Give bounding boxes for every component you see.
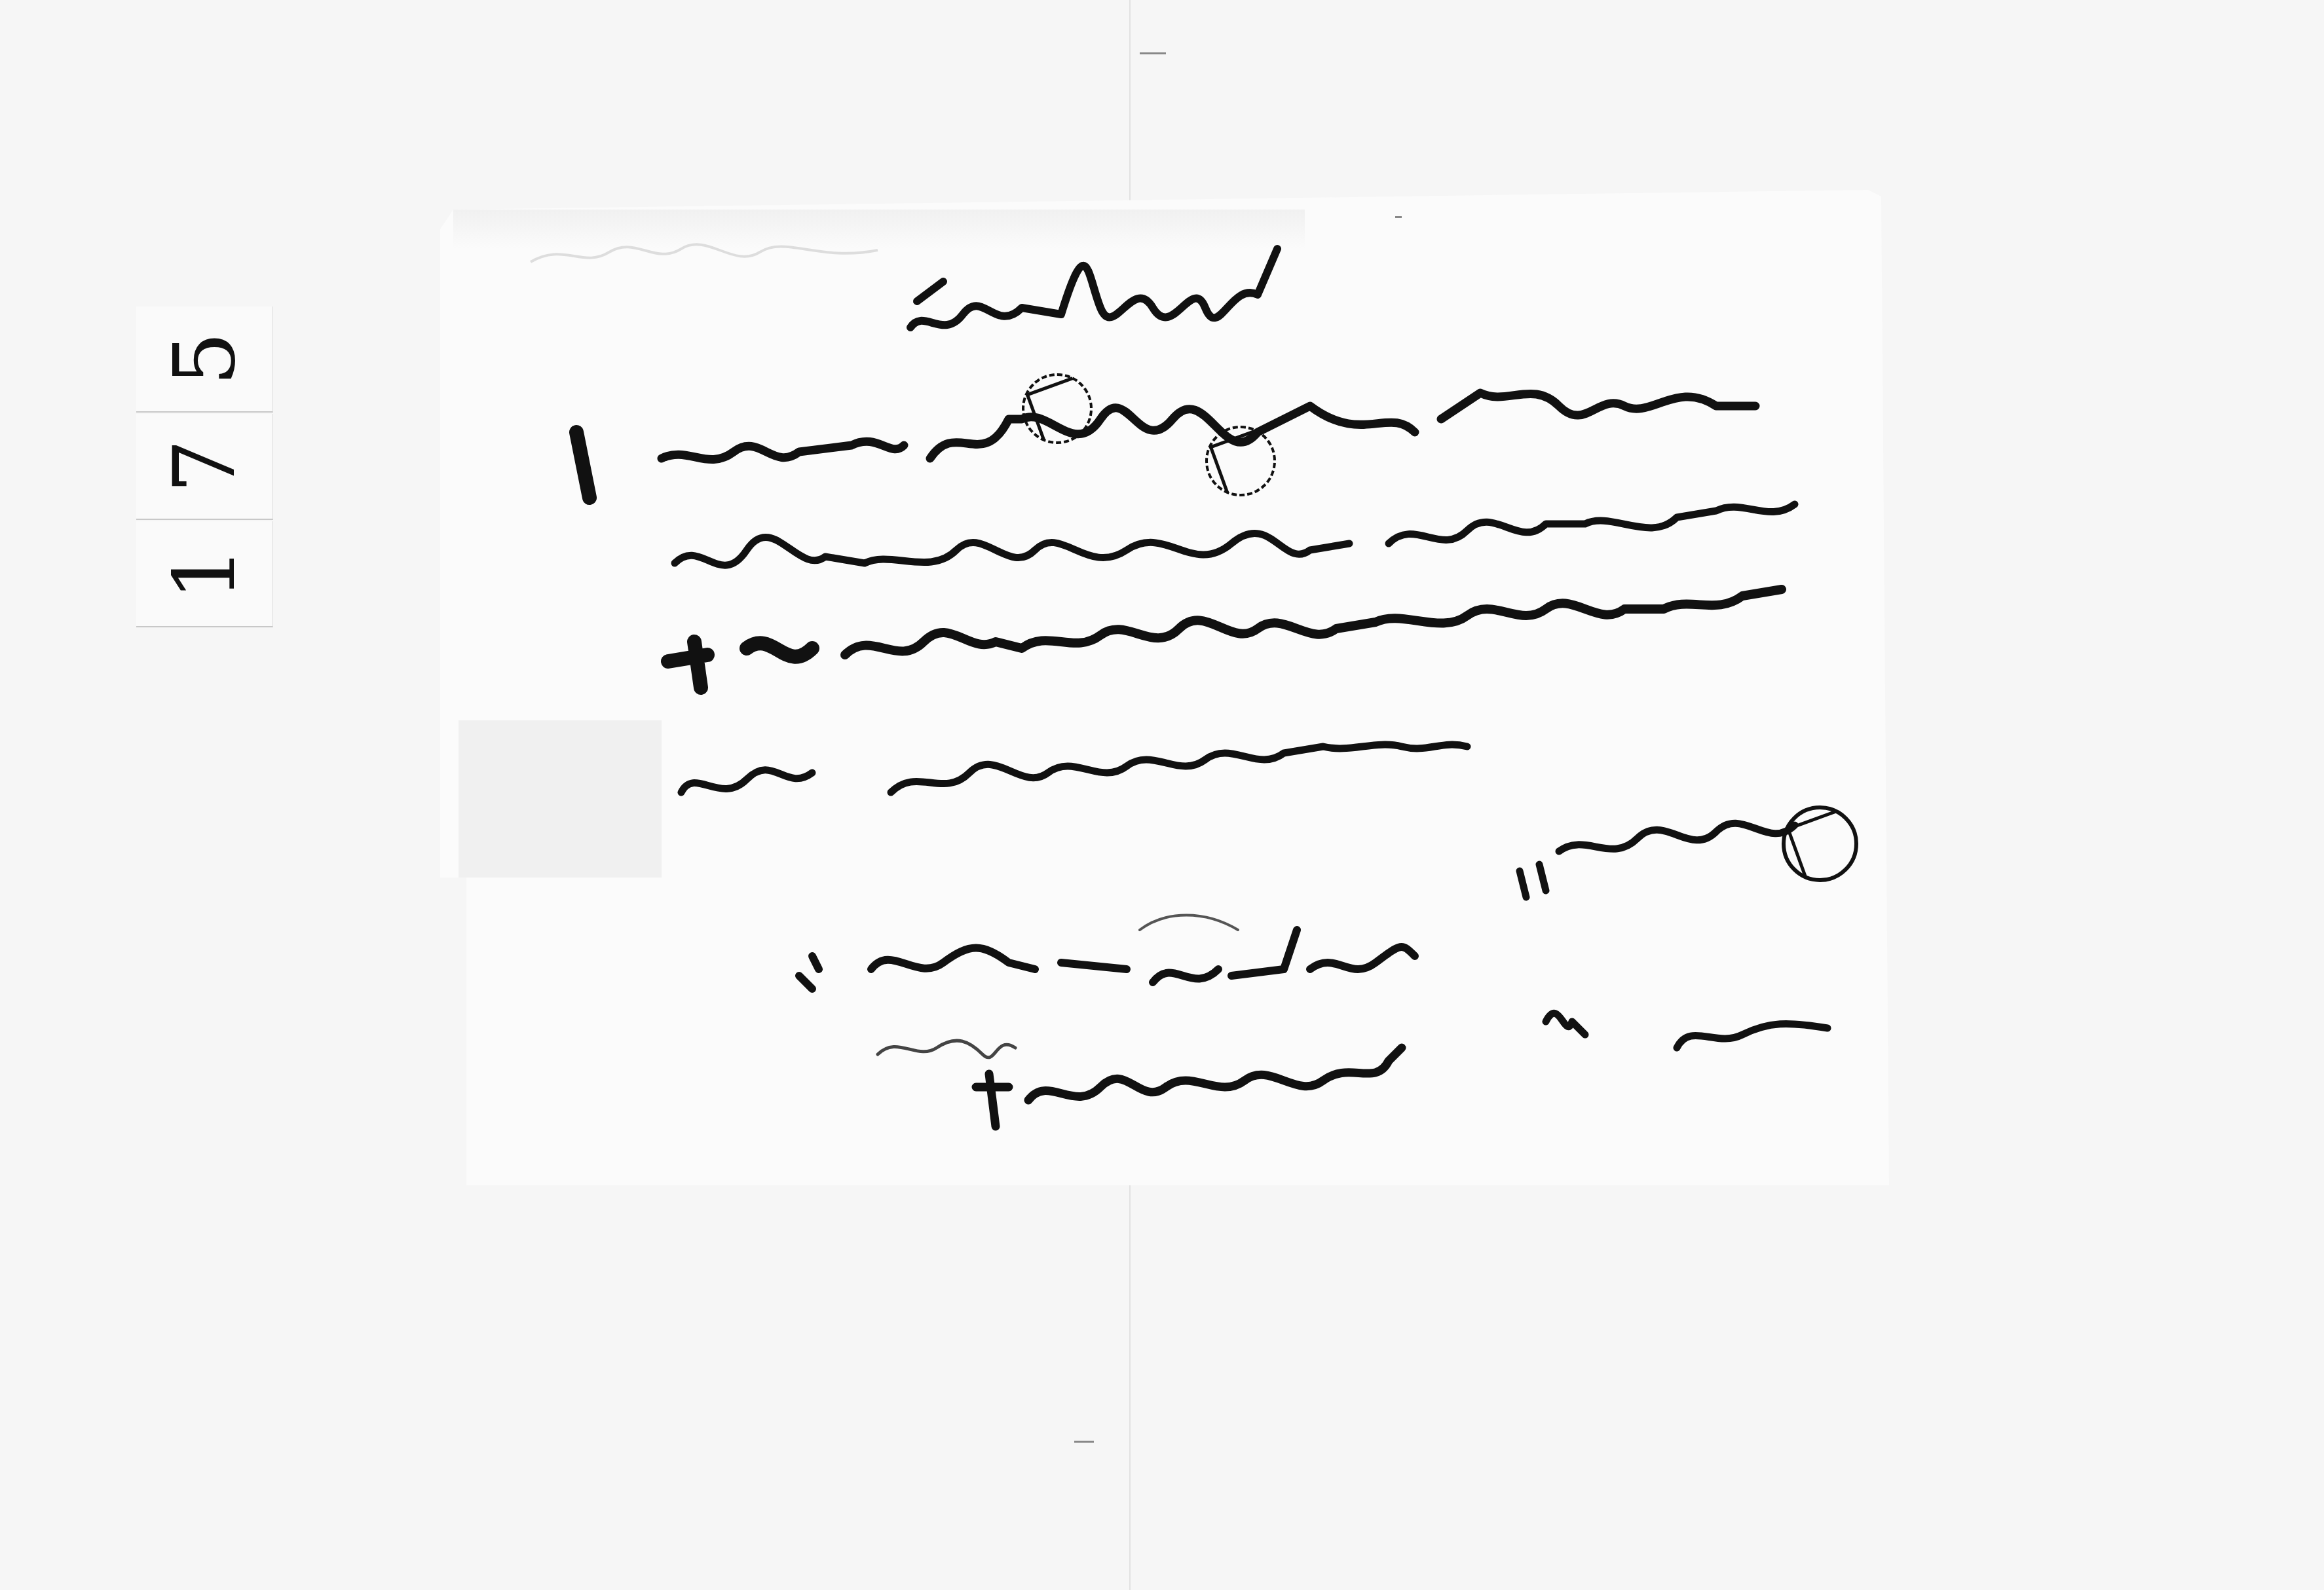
handwriting-line-5 bbox=[1520, 823, 1795, 897]
handwriting-line-1 bbox=[576, 393, 1755, 498]
seal-glyph bbox=[1025, 377, 1089, 440]
handwriting-addressee bbox=[976, 1048, 1402, 1126]
scan-speck bbox=[1395, 216, 1402, 218]
seal-stamp-2 bbox=[1205, 426, 1276, 496]
handwriting-line-2 bbox=[675, 504, 1795, 565]
handwriting-line-heading bbox=[910, 249, 1277, 327]
seal-stamp-1 bbox=[1022, 373, 1093, 444]
handwriting-ink bbox=[0, 0, 2324, 1590]
seal-glyph bbox=[1209, 429, 1272, 492]
handwriting-closing bbox=[1546, 1013, 1827, 1048]
seal-stamp-3 bbox=[1782, 805, 1858, 882]
seal-glyph bbox=[1786, 810, 1854, 878]
scan-speck bbox=[1140, 52, 1166, 54]
handwriting-line-3 bbox=[668, 589, 1782, 688]
handwriting-addressee-note bbox=[878, 1041, 1015, 1058]
handwriting-date-line bbox=[799, 915, 1415, 989]
handwriting-line-4 bbox=[681, 745, 1467, 792]
scan-speck bbox=[1074, 1441, 1094, 1443]
